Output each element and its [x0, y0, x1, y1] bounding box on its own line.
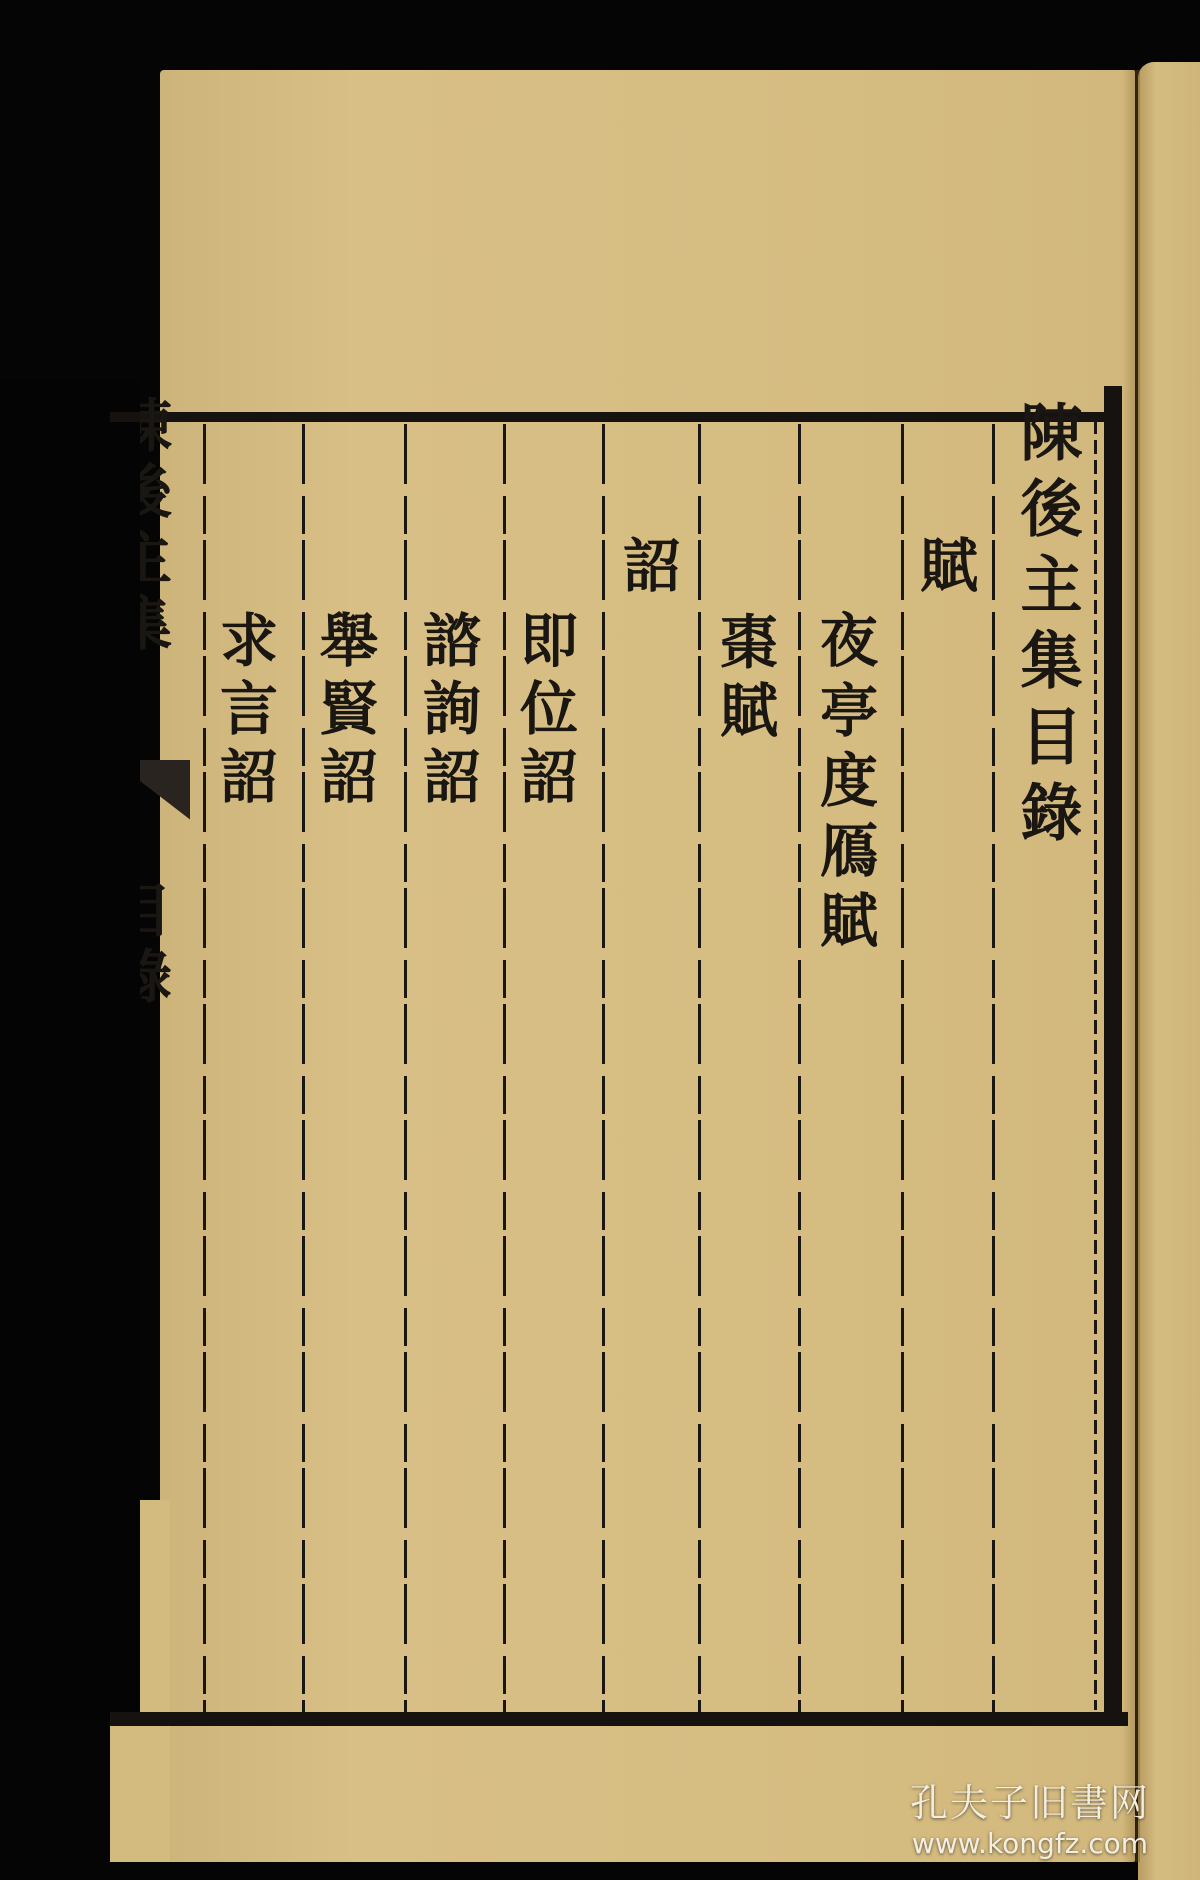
- section-heading-fu: 賦: [915, 535, 973, 603]
- column-rule: [302, 424, 305, 1712]
- watermark: 孔夫子旧書网 www.kongfz.com: [910, 1772, 1150, 1860]
- page-fold-shadow: [1122, 70, 1140, 1862]
- spine-title-fragment: 陳後主集: [140, 395, 180, 659]
- toc-entry: 即位詔: [515, 610, 573, 814]
- toc-entry: 棗賦: [715, 612, 773, 748]
- frame-top-border: [110, 412, 1120, 422]
- toc-entry: 諮詢詔: [418, 610, 476, 814]
- spine-section-fragment: 目錄: [140, 880, 180, 1012]
- toc-entry: 求言詔: [215, 610, 273, 814]
- page-title: 陳後主集目錄: [1015, 400, 1077, 856]
- column-rule: [404, 424, 407, 1712]
- column-rule: [698, 424, 701, 1712]
- adjacent-page-edge: [1138, 62, 1200, 1880]
- watermark-url: www.kongfz.com: [910, 1827, 1150, 1860]
- column-rule: [203, 424, 206, 1712]
- toc-entry: 舉賢詔: [315, 610, 373, 814]
- watermark-name: 孔夫子旧書网: [910, 1772, 1150, 1827]
- toc-entry: 夜亭度鴈賦: [815, 610, 873, 960]
- column-rule: [602, 424, 605, 1712]
- column-rule: [901, 424, 904, 1712]
- book-page: [160, 70, 1135, 1862]
- frame-right-border: [1104, 386, 1122, 1716]
- column-rule: [992, 424, 995, 1712]
- binding-shadow: [0, 380, 140, 1720]
- frame-inner-rule: [1094, 420, 1097, 1710]
- section-heading-zhao: 詔: [618, 535, 676, 603]
- column-rule: [798, 424, 801, 1712]
- frame-bottom-border: [110, 1712, 1128, 1726]
- column-rule: [503, 424, 506, 1712]
